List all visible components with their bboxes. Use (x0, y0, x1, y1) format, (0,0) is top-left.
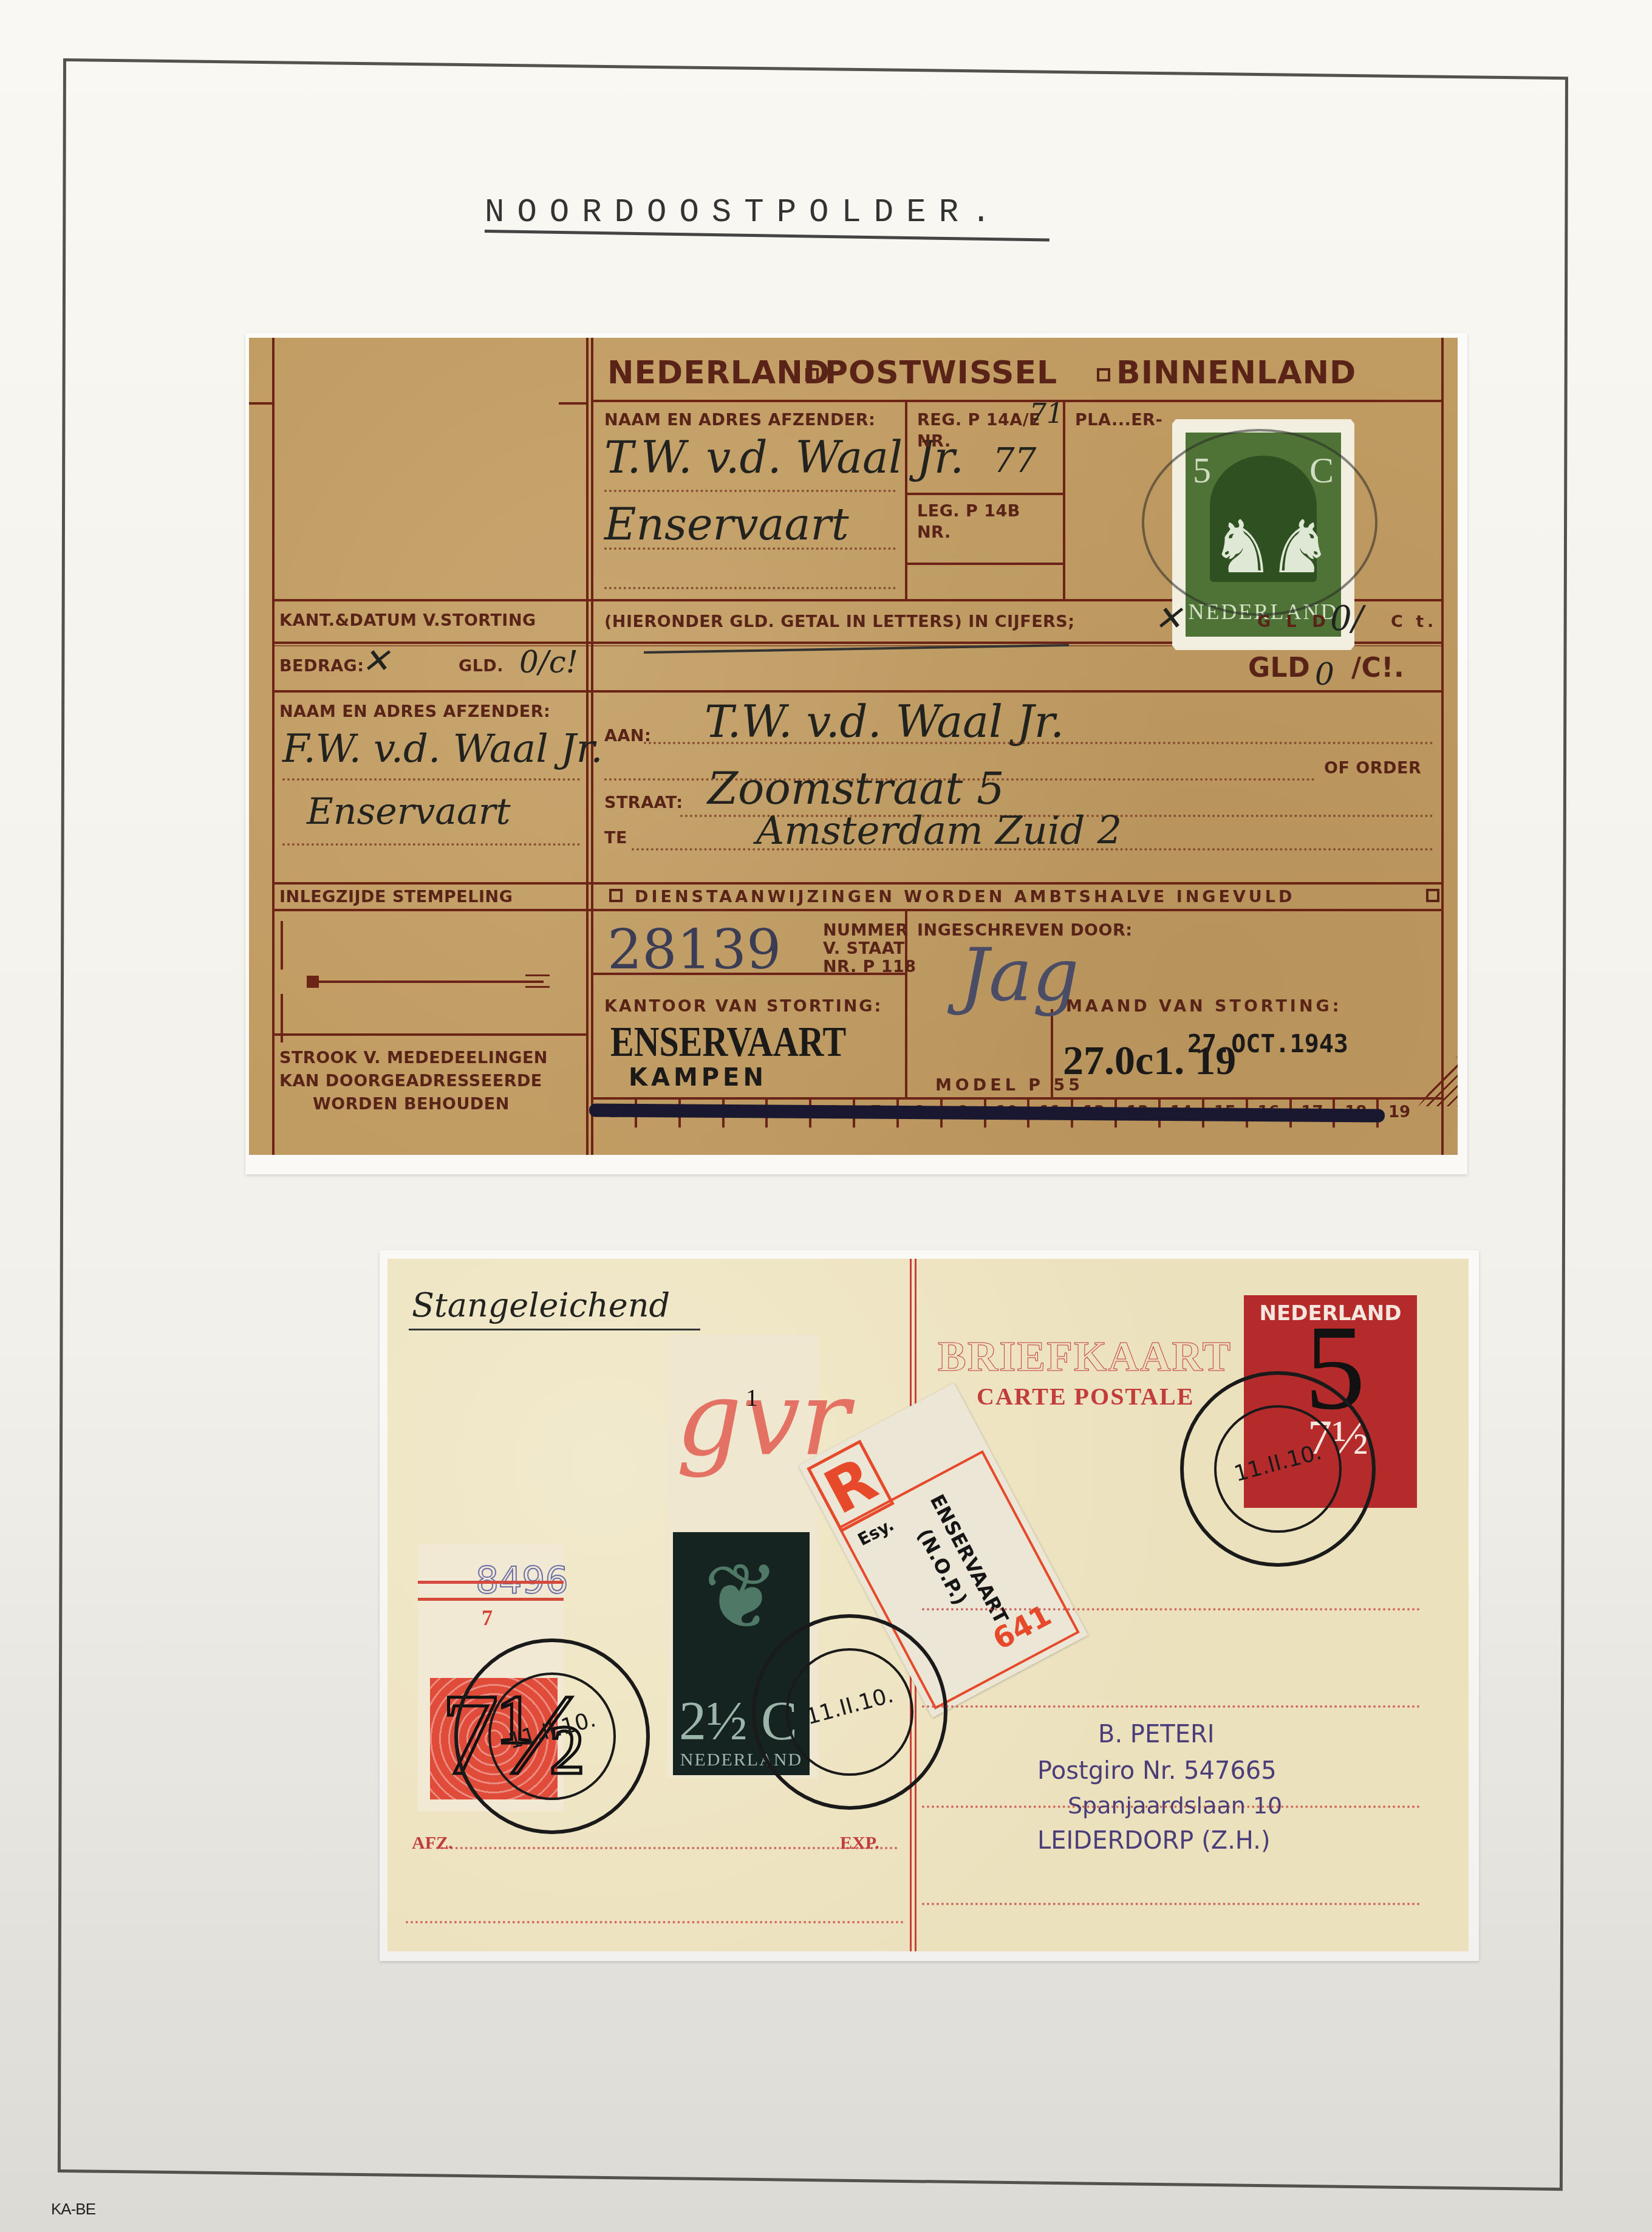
postmark-bottom-center: 11.II.10. (752, 1614, 947, 1810)
ingeschreven-signature: Jag (960, 933, 1079, 1018)
naam-adres-label: NAAM EN ADRES AFZENDER: (604, 411, 875, 430)
plaats-label: PLA...ER- (1075, 411, 1162, 430)
bedrag-gld-label: GLD. (459, 657, 503, 676)
bedrag-value: 0/c! (519, 645, 578, 680)
maand-label: MAAND VAN STORTING: (1066, 997, 1342, 1016)
postwissel-card: NEDERLAND POSTWISSEL BINNENLAND NAAM EN … (249, 338, 1458, 1155)
afz-label: AFZ. (412, 1833, 453, 1854)
dienst-box-icon (1426, 889, 1439, 902)
straat-value: Zoomstraat 5 (708, 763, 1005, 814)
bedrag-cross: ✕ (361, 642, 390, 681)
kantoor-stamp-town: KAMPEN (629, 1064, 767, 1092)
dienst-box-icon (609, 889, 623, 902)
handwritten-note: Stangeleichend (412, 1286, 670, 1324)
amount-cross: ✕ (1154, 599, 1183, 638)
nummer-label-2: V. STAAT (823, 939, 905, 958)
te-value: Amsterdam Zuid 2 (756, 809, 1122, 854)
left-naam-label: NAAM EN ADRES AFZENDER: (279, 702, 550, 721)
address-name: B. PETERI (1098, 1720, 1215, 1748)
tree-birds-icon: ❦ (703, 1544, 780, 1650)
gld2-label: GLD (1248, 652, 1310, 683)
margin-number: 1 (746, 1383, 758, 1412)
leg-nr-label: NR. (917, 523, 951, 542)
inlegzijde-label: INLEGZIJDE STEMPELING (279, 888, 513, 906)
address-street: Spanjaardslaan 10 (1068, 1792, 1282, 1819)
reg-label: REG. P 14A/E (917, 411, 1040, 430)
header-box-icon (1097, 368, 1110, 382)
header-nederland: NEDERLAND (607, 355, 830, 391)
date-stamp: 27.OCT.1943 (1187, 1030, 1348, 1058)
te-label: TE (604, 829, 627, 847)
of-order-label: OF ORDER (1324, 759, 1421, 778)
nummer-value: 28139 (607, 918, 781, 982)
reg-nr-label: NR. (917, 432, 951, 451)
amount-line-label: (HIERONDER GLD. GETAL IN LETTERS) IN CIJ… (604, 612, 1075, 631)
nummer-label-3: NR. P 118 (823, 957, 916, 976)
straat-label: STRAAT: (604, 793, 683, 812)
kantoor-stamp-office: ENSERVAART (610, 1017, 846, 1066)
exp-label: EXP. (840, 1833, 879, 1854)
left-sender-place: Enservaart (307, 790, 511, 833)
page-title: NOORDOOSTPOLDER. (485, 194, 1050, 231)
reg-extra: 71 (1029, 399, 1063, 430)
briefkaart-subtitle: CARTE POSTALE (977, 1382, 1194, 1411)
strook-line2: KAN DOORGEADRESSEERDE (279, 1072, 542, 1090)
strook-line1: STROOK V. MEDEDEELINGEN (279, 1049, 548, 1067)
postmark-bottom-left: 11.II.10. (454, 1638, 650, 1834)
footer-label: KA-BE (51, 2200, 95, 2219)
cancel-mark (1142, 429, 1377, 616)
nummer-label-1: NUMMER (823, 921, 909, 940)
gld2-ct: /C!. (1351, 652, 1404, 683)
left-sender-name: F.W. v.d. Waal Jr. (282, 727, 603, 772)
dienst-label: DIENSTAANWIJZINGEN WORDEN AMBTSHALVE ING… (635, 888, 1295, 906)
leg-label: LEG. P 14B (917, 502, 1020, 521)
strook-line3: WORDEN BEHOUDEN (313, 1095, 510, 1114)
kant-datum-label: KANT.&DATUM V.STORTING (279, 611, 536, 630)
margin-mark: 7 (482, 1605, 493, 1631)
amount-gld: G L D (1257, 612, 1331, 631)
header-box-icon (805, 368, 819, 382)
bedrag-label: BEDRAG: (279, 657, 364, 676)
amount-ct: C t. (1391, 612, 1437, 631)
header-binnenland: BINNENLAND (1116, 355, 1356, 391)
kantoor-label: KANTOOR VAN STORTING: (604, 997, 882, 1016)
model-label: MODEL P 55 (935, 1076, 1084, 1095)
sender-name: T.W. v.d. Waal Jr. (604, 432, 964, 483)
briefkaart-card: Stangeleichend BRIEFKAART CARTE POSTALE … (387, 1259, 1469, 1951)
gld2-value: 0 (1315, 657, 1334, 692)
hatch-corner (1418, 1021, 1458, 1106)
briefkaart-title: BRIEFKAART (938, 1333, 1232, 1381)
amount-value: 0/ (1330, 599, 1364, 638)
address-postgiro: Postgiro Nr. 547665 (1037, 1757, 1277, 1785)
reg-nr-value: 77 (993, 441, 1036, 481)
sender-place: Enservaart (604, 499, 849, 550)
postmark-top-right: 11.II.10. (1180, 1371, 1376, 1567)
address-city: LEIDERDORP (Z.H.) (1037, 1827, 1271, 1855)
aan-value: T.W. v.d. Waal Jr. (705, 696, 1064, 747)
header-postwissel: POSTWISSEL (825, 355, 1057, 391)
